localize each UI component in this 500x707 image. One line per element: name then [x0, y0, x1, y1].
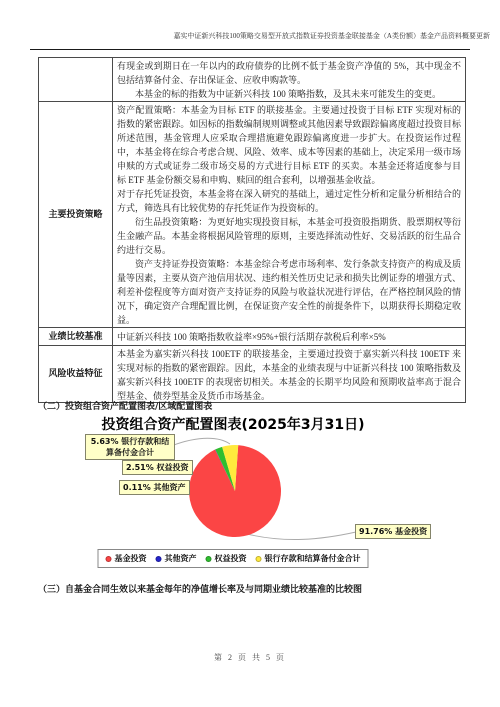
table-row: 主要投资策略 资产配置策略：本基金为目标 ETF 的联接基金。主要通过投资于目标…: [39, 102, 466, 328]
legend-label: 其他资产: [165, 553, 197, 564]
page-number: 第 2 页 共 5 页: [0, 652, 500, 663]
callout-other-assets: 0.11% 其他资产: [119, 480, 190, 495]
header-divider: [30, 49, 470, 50]
table-paragraph: 衍生品投资策略：为更好地实现投资目标，本基金可投资股指期货、股票期权等衍生金融产…: [117, 215, 461, 257]
row-content-text: 本基金为嘉实新兴科技 100ETF 的联接基金，主要通过投资于嘉实新兴科技 10…: [117, 347, 461, 401]
pie-slices: [189, 445, 281, 537]
document-page: 嘉实中证新兴科技100策略交易型开放式指数证券投资基金联接基金（A类份额）基金产…: [0, 0, 500, 707]
row-label-risk-return: 风险收益特征: [39, 346, 113, 403]
legend-label: 基金投资: [115, 553, 147, 564]
table-paragraph: 对于存托凭证投资，本基金将在深入研究的基础上，通过定性分析和定量分析相结合的方式…: [117, 187, 461, 215]
fund-info-table: 有现金或到期日在一年以内的政府债券的比例不低于基金资产净值的 5%，其中现金不包…: [38, 57, 466, 403]
row-content: 资产配置策略：本基金为目标 ETF 的联接基金。主要通过投资于目标 ETF 实现…: [113, 102, 466, 328]
table-row: 业绩比较基准 中证新兴科技 100 策略指数收益率×95%+银行活期存款税后利率…: [39, 328, 466, 346]
legend-label: 权益投资: [215, 553, 247, 564]
legend-label: 银行存款和结算备付金合计: [265, 553, 361, 564]
row-content: 本基金为嘉实新兴科技 100ETF 的联接基金，主要通过投资于嘉实新兴科技 10…: [113, 346, 466, 403]
row-content-text: 资产配置策略：本基金为目标 ETF 的联接基金。主要通过投资于目标 ETF 实现…: [117, 103, 461, 326]
row-label: [39, 58, 113, 102]
table-paragraph: 本基金为嘉实新兴科技 100ETF 的联接基金，主要通过投资于嘉实新兴科技 10…: [117, 347, 461, 401]
legend-color-dot-icon: [106, 556, 112, 562]
row-content-text: 中证新兴科技 100 策略指数收益率×95%+银行活期存款税后利率×5%: [117, 330, 461, 344]
leader-line-bank: [171, 438, 230, 446]
legend-color-dot-icon: [156, 556, 162, 562]
legend-item: 银行存款和结算备付金合计: [256, 553, 361, 564]
document-header-title: 嘉实中证新兴科技100策略交易型开放式指数证券投资基金联接基金（A类份额）基金产…: [0, 31, 490, 41]
legend-item: 基金投资: [106, 553, 147, 564]
chart-legend: 基金投资 其他资产 权益投资 银行存款和结算备付金合计: [98, 549, 369, 568]
row-label-main-strategy: 主要投资策略: [39, 102, 113, 328]
legend-item: 权益投资: [206, 553, 247, 564]
leader-line-fund: [247, 532, 356, 540]
portfolio-allocation-chart: 投资组合资产配置图表(2025年3月31日) 5.63% 银行存款和结算备付金合…: [0, 412, 500, 582]
section-heading-portfolio-chart: （二）投资组合资产配置图表/区域配置图表: [38, 399, 212, 412]
table-row: 有现金或到期日在一年以内的政府债券的比例不低于基金资产净值的 5%，其中现金不包…: [39, 58, 466, 102]
table-paragraph: 中证新兴科技 100 策略指数收益率×95%+银行活期存款税后利率×5%: [117, 330, 461, 344]
row-content: 有现金或到期日在一年以内的政府债券的比例不低于基金资产净值的 5%，其中现金不包…: [113, 58, 466, 102]
legend-item: 其他资产: [156, 553, 197, 564]
table-paragraph: 有现金或到期日在一年以内的政府债券的比例不低于基金资产净值的 5%，其中现金不包…: [117, 59, 461, 87]
table-paragraph: 资产配置策略：本基金为目标 ETF 的联接基金。主要通过投资于目标 ETF 实现…: [117, 103, 461, 187]
row-label-benchmark: 业绩比较基准: [39, 328, 113, 346]
callout-fund-investment: 91.76% 基金投资: [355, 524, 431, 539]
section-heading-annual-return-chart: （三）自基金合同生效以来基金每年的净值增长率及与同期业绩比较基准的比较图: [38, 582, 362, 595]
row-content: 中证新兴科技 100 策略指数收益率×95%+银行活期存款税后利率×5%: [113, 328, 466, 346]
legend-color-dot-icon: [206, 556, 212, 562]
legend-color-dot-icon: [256, 556, 262, 562]
table-paragraph: 资产支持证券投资策略：本基金综合考虑市场利率、发行条款支持资产的构成及质量等因素…: [117, 257, 461, 326]
callout-bank-deposits: 5.63% 银行存款和结算备付金合计: [85, 434, 175, 460]
table-paragraph: 本基金的标的指数为中证新兴科技 100 策略指数，及其未来可能发生的变更。: [117, 87, 461, 100]
callout-equity-investment: 2.51% 权益投资: [122, 460, 193, 475]
row-content-text: 有现金或到期日在一年以内的政府债券的比例不低于基金资产净值的 5%，其中现金不包…: [117, 59, 461, 100]
table-row: 风险收益特征 本基金为嘉实新兴科技 100ETF 的联接基金，主要通过投资于嘉实…: [39, 346, 466, 403]
